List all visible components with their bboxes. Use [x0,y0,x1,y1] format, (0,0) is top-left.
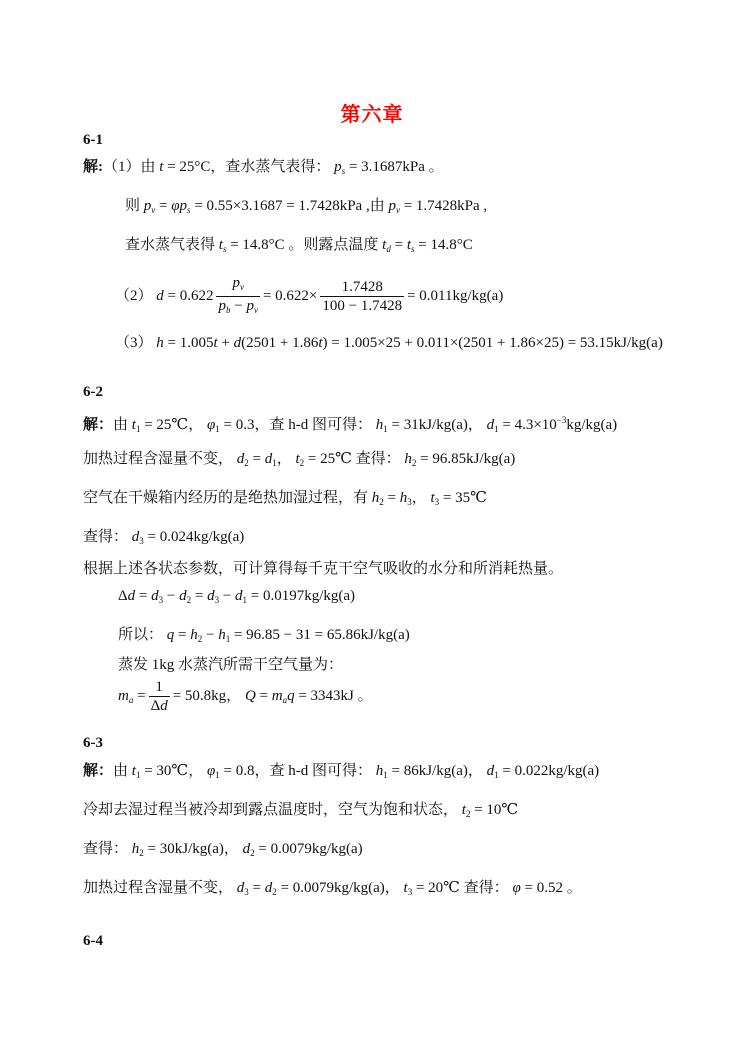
text-line: 加热过程含湿量不变， d3 = d2 = 0.0079kg/kg(a)， t3 … [83,878,582,902]
solution-line: 解：由 t1 = 25℃， φ1 = 0.3，查 h-d 图可得： h1 = 3… [83,410,617,439]
chapter-title: 第六章 [0,98,744,127]
solution-label: 解： [83,417,113,433]
therefore-label: 所以： [118,627,163,643]
fraction: pvpb − pv [216,274,259,319]
equation-line: （3） h = 1.005t + d(2501 + 1.86t) = 1.005… [115,333,663,353]
text-line: 蒸发 1kg 水蒸汽所需干空气量为： [118,655,343,675]
solution-line: 解:（1）由 t = 25°C，查水蒸气表得： ps = 3.1687kPa 。 [83,157,444,181]
step-label: （3） [115,335,153,351]
equation-line: 则 pv = φps = 0.55×3.1687 = 1.7428kPa ,由 … [125,196,487,220]
text-line: 查得： d3 = 0.024kg/kg(a) [83,527,244,551]
equation-line: 所以： q = h2 − h1 = 96.85 − 31 = 65.86kJ/k… [118,625,410,649]
text-line: 空气在干燥箱内经历的是绝热加湿过程，有 h2 = h3， t3 = 35℃ [83,488,487,512]
equation-line: 查水蒸气表得 ts = 14.8°C 。则露点温度 td = ts = 14.8… [125,235,473,259]
solution-label: 解： [83,763,113,779]
equation-line: （2） d = 0.622pvpb − pv= 0.622×1.7428100 … [115,274,503,319]
section-heading-6-2: 6-2 [83,384,103,401]
step-label: （2） [115,288,153,304]
section-heading-6-3: 6-3 [83,735,103,752]
text-line: 查得： h2 = 30kJ/kg(a)， d2 = 0.0079kg/kg(a) [83,839,363,863]
document-page: 第六章 6-1 解:（1）由 t = 25°C，查水蒸气表得： ps = 3.1… [0,0,744,1052]
section-heading-6-1: 6-1 [83,132,103,149]
equation-line: ma =1Δd= 50.8kg， Q = maq = 3343kJ 。 [118,676,373,720]
text-line: 加热过程含湿量不变， d2 = d1， t2 = 25℃ 查得： h2 = 96… [83,449,515,473]
solution-line: 解：由 t1 = 30℃， φ1 = 0.8，查 h-d 图可得： h1 = 8… [83,761,599,785]
fraction: 1.7428100 − 1.7428 [320,278,404,315]
lookup-label: 查得： [83,841,128,857]
lookup-label: 查得： [83,529,128,545]
section-heading-6-4: 6-4 [83,933,103,950]
fraction: 1Δd [149,678,170,715]
step-label: （1） [103,159,141,175]
text-line: 根据上述各状态参数，可计算得每千克干空气吸收的水分和所消耗热量。 [83,559,563,579]
text-line: 冷却去湿过程当被冷却到露点温度时，空气为饱和状态， t2 = 10℃ [83,800,518,824]
solution-label: 解: [83,159,103,175]
equation-line: Δd = d3 − d2 = d3 − d1 = 0.0197kg/kg(a) [118,586,355,610]
